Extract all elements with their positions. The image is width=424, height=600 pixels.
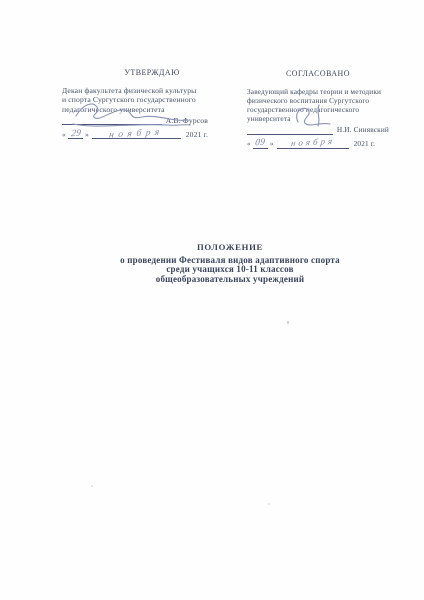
signature-rule-left bbox=[62, 117, 162, 125]
signature-rule-right bbox=[247, 127, 333, 135]
approval-left-line-2: и спорта Сургутского государственного bbox=[62, 95, 208, 104]
approval-heading-right: СОГЛАСОВАНО bbox=[247, 69, 389, 78]
date-row-right: « 09 » ноября 2021 г. bbox=[247, 138, 389, 149]
year-label-right: 2021 г. bbox=[352, 139, 375, 148]
handwritten-day-left: 29 bbox=[70, 131, 81, 139]
approval-right-line-3: государственного педагогического bbox=[247, 105, 389, 114]
handwritten-month-right: ноября bbox=[290, 138, 335, 147]
approval-right-line-1: Заведующий кафедры теории и методики bbox=[247, 87, 389, 96]
handwritten-month-left: ноября bbox=[109, 129, 164, 139]
month-slot-left: ноября bbox=[92, 129, 181, 139]
approval-block-soglasovano: СОГЛАСОВАНО Заведующий кафедры теории и … bbox=[247, 69, 389, 149]
date-row-left: « 29 » ноября 2021 г. bbox=[62, 128, 208, 139]
month-slot-right: ноября bbox=[277, 138, 349, 148]
title-subtitle-line-3: общеобразовательных учреждений bbox=[36, 275, 424, 285]
approval-left-line-3: педагогического университета bbox=[62, 105, 208, 114]
open-quote-right: « bbox=[247, 139, 251, 148]
document-page: УТВЕРЖДАЮ Декан факультета физической ку… bbox=[0, 0, 424, 600]
close-quote-right: » bbox=[270, 139, 274, 148]
approval-block-utverzhdayu: УТВЕРЖДАЮ Декан факультета физической ку… bbox=[62, 68, 208, 139]
signatory-name-right: Н.И. Синявский bbox=[337, 125, 389, 134]
approval-left-line-1: Декан факультета физической культуры bbox=[62, 86, 208, 95]
approval-right-line-4: университета bbox=[247, 114, 389, 123]
scan-speck bbox=[287, 321, 289, 324]
title-block: ПОЛОЖЕНИЕ о проведении Фестиваля видов а… bbox=[36, 242, 424, 285]
approval-right-line-2: физического воспитания Сургутского bbox=[247, 96, 389, 105]
signature-row-right: Н.И. Синявский bbox=[247, 125, 389, 134]
day-slot-right: 09 bbox=[253, 138, 268, 148]
close-quote-left: » bbox=[85, 130, 89, 139]
day-slot-left: 29 bbox=[68, 129, 83, 139]
approval-heading-left: УТВЕРЖДАЮ bbox=[96, 68, 208, 77]
signatory-name-left: А.В. Фурсов bbox=[166, 116, 208, 125]
year-label-left: 2021 г. bbox=[184, 130, 208, 139]
page-title: ПОЛОЖЕНИЕ bbox=[36, 242, 424, 252]
scan-speck bbox=[268, 503, 270, 505]
open-quote-left: « bbox=[62, 130, 66, 139]
signature-row-left: А.В. Фурсов bbox=[62, 116, 208, 125]
handwritten-day-right: 09 bbox=[255, 140, 266, 148]
scan-speck bbox=[91, 485, 93, 487]
